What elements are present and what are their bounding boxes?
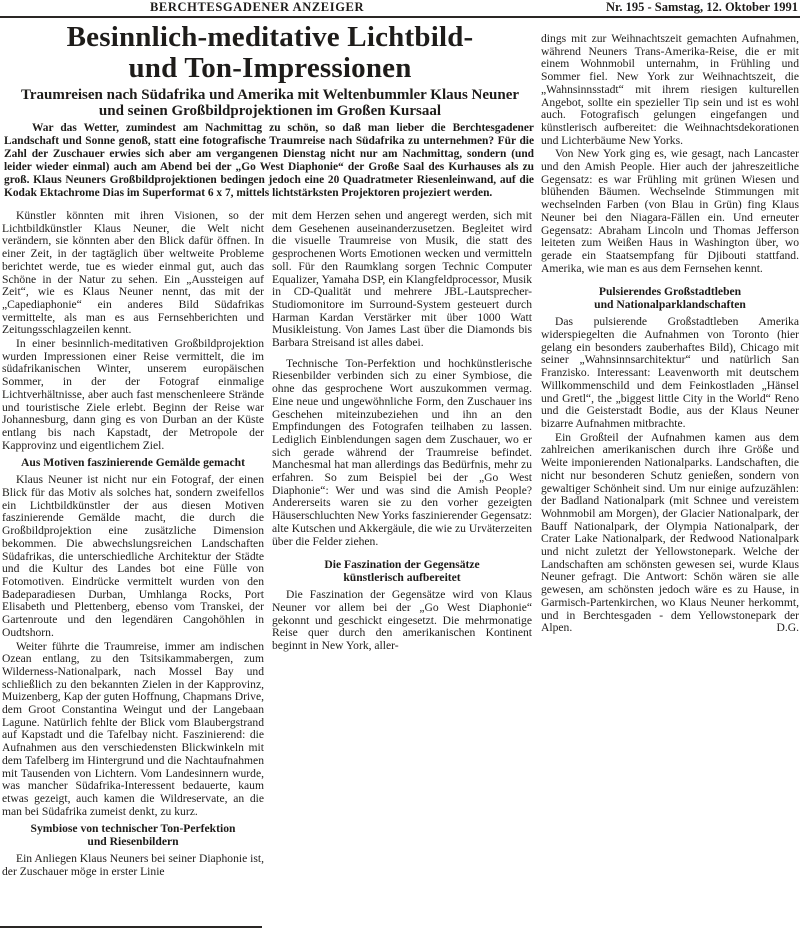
- paragraph: Ein Anliegen Klaus Neuners bei seiner Di…: [2, 853, 264, 878]
- section-heading-line-1: Pulsierendes Großstadtleben: [599, 285, 741, 298]
- paragraph-text: Ein Großteil der Aufnahmen kamen aus dem…: [541, 431, 799, 635]
- paragraph: dings mit zur Weihnachtszeit gemachten A…: [541, 33, 799, 147]
- issue-date: Nr. 195 - Samstag, 12. Oktober 1991: [606, 0, 798, 15]
- headline-block: Besinnlich-meditative Lichtbild- und Ton…: [0, 22, 540, 119]
- headline-line-1: Besinnlich-meditative Lichtbild-: [67, 21, 474, 53]
- newspaper-name: BERCHTESGADENER ANZEIGER: [150, 0, 364, 15]
- subheadline: Traumreisen nach Südafrika und Amerika m…: [0, 87, 540, 119]
- section-heading-line-2: und Riesenbildern: [87, 835, 178, 848]
- headline-line-2: und Ton-Impressionen: [128, 52, 411, 84]
- section-heading: Pulsierendes Großstadtleben und National…: [541, 285, 799, 311]
- column-3: dings mit zur Weihnachtszeit gemachten A…: [541, 33, 799, 636]
- section-heading: Aus Motiven faszinierende Gemälde gemach…: [2, 456, 264, 469]
- paragraph: Weiter führte die Traumreise, immer am i…: [2, 641, 264, 819]
- paragraph: Technische Ton-Perfektion und hochkünstl…: [272, 358, 532, 549]
- section-heading: Die Faszination der Gegensätze künstleri…: [272, 558, 532, 584]
- section-heading-line-2: und Nationalparklandschaften: [594, 298, 746, 311]
- column-1: Künstler könnten mit ihren Visionen, so …: [2, 210, 264, 880]
- paragraph: Von New York ging es, wie gesagt, nach L…: [541, 148, 799, 275]
- section-heading-line-2: künstlerisch aufbereitet: [343, 571, 460, 584]
- bottom-rule: [0, 926, 262, 928]
- paragraph: In einer besinnlich-meditativen Großbild…: [2, 338, 264, 452]
- headline: Besinnlich-meditative Lichtbild- und Ton…: [0, 22, 540, 84]
- author-byline: D.G.: [762, 622, 799, 635]
- paragraph: Das pulsierende Großstadtleben Amerika w…: [541, 316, 799, 430]
- paragraph: Künstler könnten mit ihren Visionen, so …: [2, 210, 264, 337]
- column-2: mit dem Herzen sehen und angeregt werden…: [272, 210, 532, 654]
- paragraph: Klaus Neuner ist nicht nur ein Fotograf,…: [2, 474, 264, 639]
- section-heading-line-1: Symbiose von technischer Ton-Perfektion: [31, 822, 236, 835]
- lead-paragraph: War das Wetter, zumindest am Nachmittag …: [4, 122, 534, 199]
- section-heading-line-1: Die Faszination der Gegensätze: [324, 558, 479, 571]
- section-heading: Symbiose von technischer Ton-Perfektion …: [2, 822, 264, 848]
- paragraph: mit dem Herzen sehen und angeregt werden…: [272, 210, 532, 350]
- masthead: BERCHTESGADENER ANZEIGER Nr. 195 - Samst…: [0, 0, 800, 18]
- paragraph: Die Faszination der Gegensätze wird von …: [272, 589, 532, 653]
- subhead-line-2: und seinen Großbildprojektionen im Große…: [99, 103, 441, 119]
- subhead-line-1: Traumreisen nach Südafrika und Amerika m…: [21, 87, 519, 103]
- paragraph: Ein Großteil der Aufnahmen kamen aus dem…: [541, 432, 799, 635]
